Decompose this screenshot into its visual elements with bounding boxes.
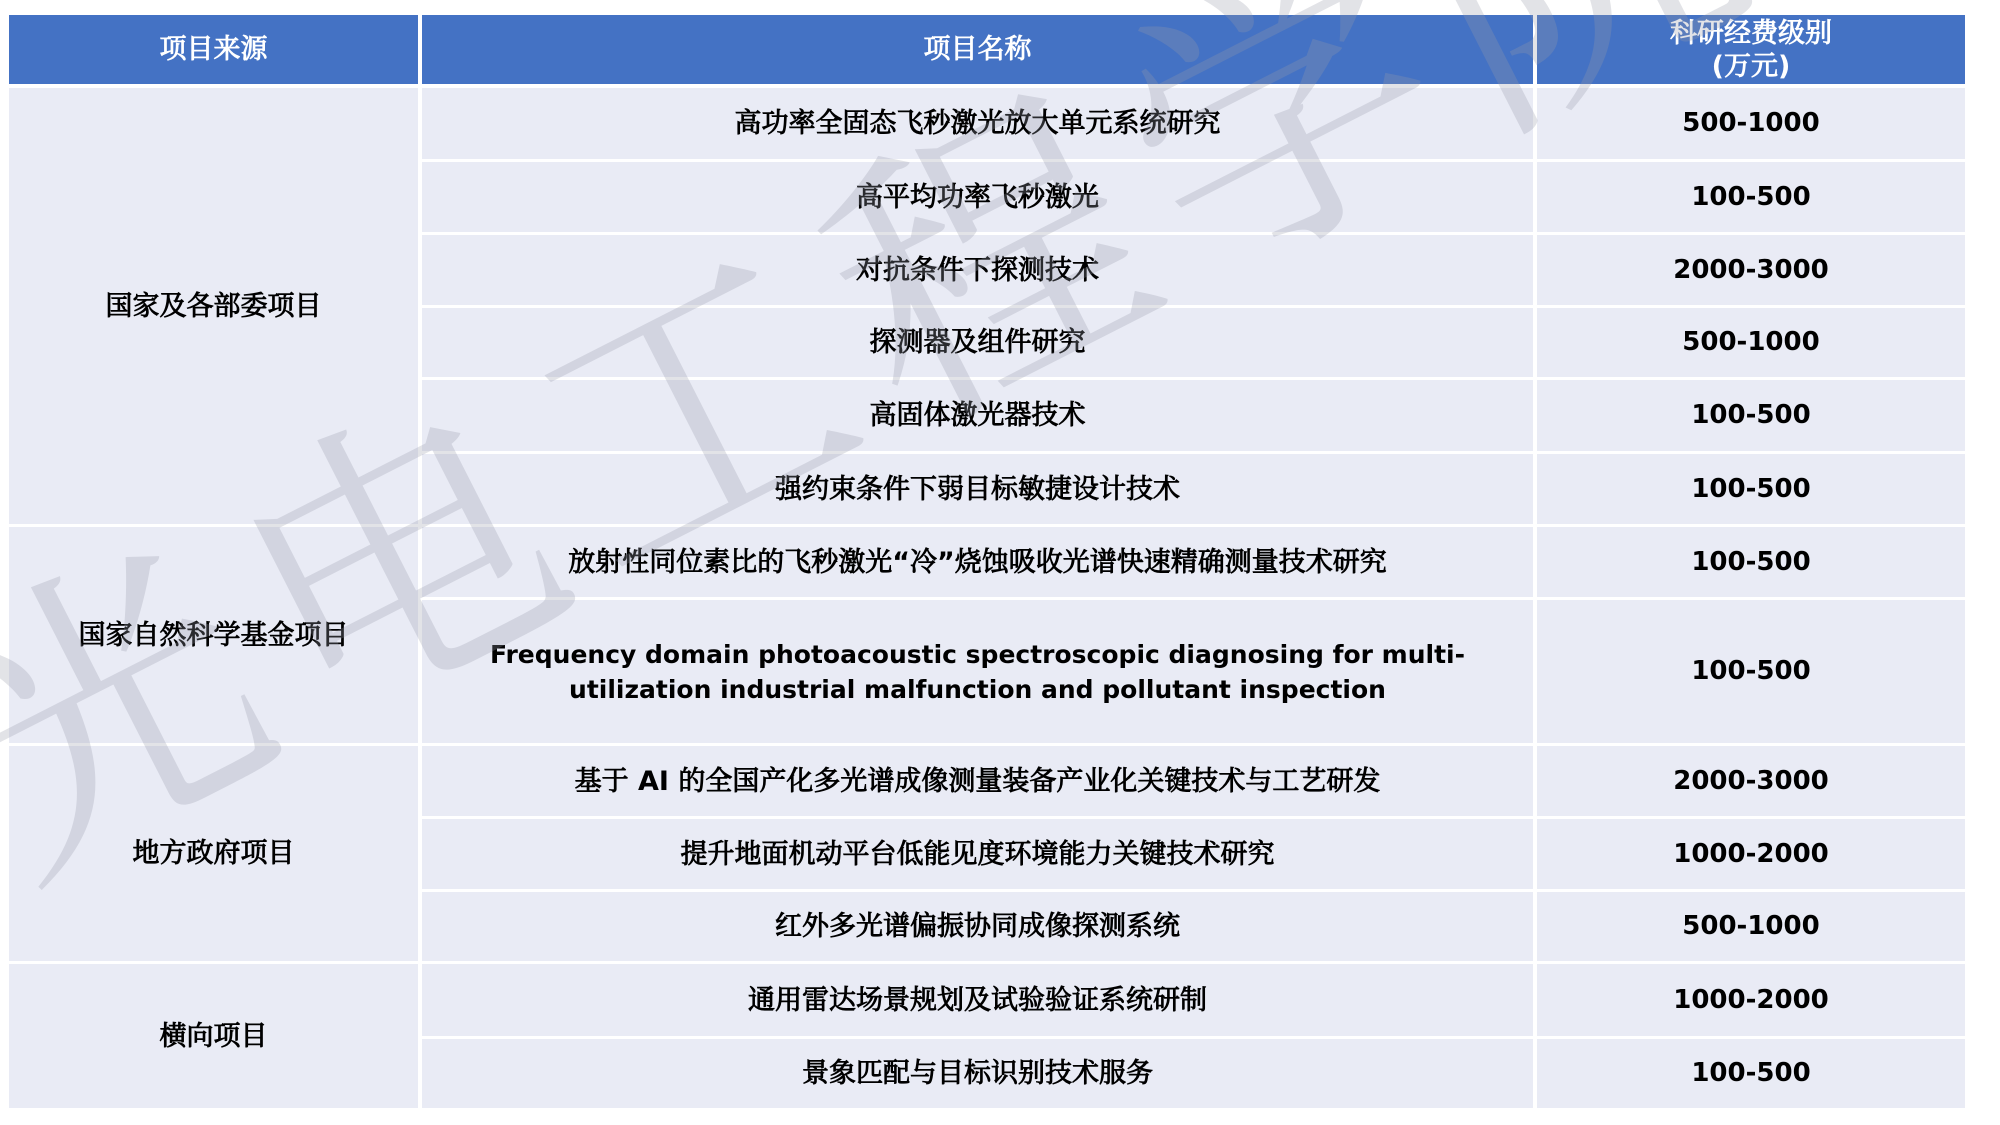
budget-value: 100-500 (1691, 545, 1810, 580)
project-name: 探测器及组件研究 (870, 325, 1086, 360)
budget-cell: 500-1000 (1537, 88, 1965, 159)
group-source-cell: 国家及各部委项目 (9, 88, 418, 524)
budget-value: 100-500 (1691, 472, 1810, 507)
group-source-label: 地方政府项目 (133, 836, 295, 871)
budget-value: 500-1000 (1682, 106, 1819, 141)
budget-cell: 100-500 (1537, 600, 1965, 743)
budget-cell: 100-500 (1537, 380, 1965, 451)
header-budget-line2: (万元) (1712, 50, 1791, 83)
header-source: 项目来源 (9, 15, 418, 84)
budget-cell: 1000-2000 (1537, 964, 1965, 1036)
budget-cell: 100-500 (1537, 162, 1965, 232)
budget-value: 2000-3000 (1673, 253, 1829, 288)
project-name: 对抗条件下探测技术 (856, 253, 1099, 288)
group-source-cell: 横向项目 (9, 964, 418, 1108)
budget-value: 100-500 (1691, 654, 1810, 689)
project-name-cell: 景象匹配与目标识别技术服务 (422, 1039, 1533, 1108)
project-name: 强约束条件下弱目标敏捷设计技术 (775, 472, 1180, 507)
project-name-cell: 高平均功率飞秒激光 (422, 162, 1533, 232)
header-name: 项目名称 (422, 15, 1533, 84)
budget-cell: 100-500 (1537, 454, 1965, 524)
project-name-cell: 提升地面机动平台低能见度环境能力关键技术研究 (422, 819, 1533, 889)
project-name-cell: 强约束条件下弱目标敏捷设计技术 (422, 454, 1533, 524)
budget-value: 100-500 (1691, 1056, 1810, 1091)
budget-cell: 1000-2000 (1537, 819, 1965, 889)
project-name-cell: 高固体激光器技术 (422, 380, 1533, 451)
header-source-label: 项目来源 (160, 33, 268, 66)
project-name: 高固体激光器技术 (870, 398, 1086, 433)
budget-value: 2000-3000 (1673, 764, 1829, 799)
budget-cell: 100-500 (1537, 527, 1965, 597)
budget-value: 100-500 (1691, 398, 1810, 433)
budget-value: 500-1000 (1682, 909, 1819, 944)
budget-cell: 500-1000 (1537, 892, 1965, 961)
budget-cell: 2000-3000 (1537, 746, 1965, 816)
project-name: 提升地面机动平台低能见度环境能力关键技术研究 (681, 837, 1275, 872)
project-name-cell: 红外多光谱偏振协同成像探测系统 (422, 892, 1533, 961)
research-projects-table: 项目来源 项目名称 科研经费级别 (万元) 国家及各部委项目 国家自然科学基金项… (9, 15, 1965, 1108)
project-name-cell: 通用雷达场景规划及试验验证系统研制 (422, 964, 1533, 1036)
project-name: 景象匹配与目标识别技术服务 (802, 1056, 1153, 1091)
project-name: 通用雷达场景规划及试验验证系统研制 (748, 983, 1207, 1018)
group-source-label: 国家自然科学基金项目 (79, 618, 349, 653)
header-name-label: 项目名称 (924, 33, 1032, 66)
project-name-cell: 探测器及组件研究 (422, 308, 1533, 377)
project-name: Frequency domain photoacoustic spectrosc… (436, 637, 1519, 707)
project-name: 高平均功率飞秒激光 (856, 180, 1099, 215)
budget-cell: 2000-3000 (1537, 235, 1965, 305)
project-name: 基于 AI 的全国产化多光谱成像测量装备产业化关键技术与工艺研发 (575, 764, 1381, 799)
project-name-cell: Frequency domain photoacoustic spectrosc… (422, 600, 1533, 743)
project-name: 红外多光谱偏振协同成像探测系统 (775, 909, 1180, 944)
group-source-label: 横向项目 (160, 1019, 268, 1054)
budget-value: 1000-2000 (1673, 983, 1829, 1018)
project-name: 高功率全固态飞秒激光放大单元系统研究 (735, 106, 1221, 141)
header-budget-line1: 科研经费级别 (1670, 17, 1832, 50)
group-source-label: 国家及各部委项目 (106, 289, 322, 324)
budget-cell: 500-1000 (1537, 308, 1965, 377)
group-source-cell: 地方政府项目 (9, 746, 418, 961)
project-name-cell: 基于 AI 的全国产化多光谱成像测量装备产业化关键技术与工艺研发 (422, 746, 1533, 816)
budget-value: 100-500 (1691, 180, 1810, 215)
project-name-cell: 对抗条件下探测技术 (422, 235, 1533, 305)
budget-value: 500-1000 (1682, 325, 1819, 360)
budget-value: 1000-2000 (1673, 837, 1829, 872)
project-name-cell: 放射性同位素比的飞秒激光“冷”烧蚀吸收光谱快速精确测量技术研究 (422, 527, 1533, 597)
group-source-cell: 国家自然科学基金项目 (9, 527, 418, 743)
project-name-cell: 高功率全固态飞秒激光放大单元系统研究 (422, 88, 1533, 159)
project-name: 放射性同位素比的飞秒激光“冷”烧蚀吸收光谱快速精确测量技术研究 (568, 545, 1387, 580)
header-budget: 科研经费级别 (万元) (1537, 15, 1965, 84)
budget-cell: 100-500 (1537, 1039, 1965, 1108)
